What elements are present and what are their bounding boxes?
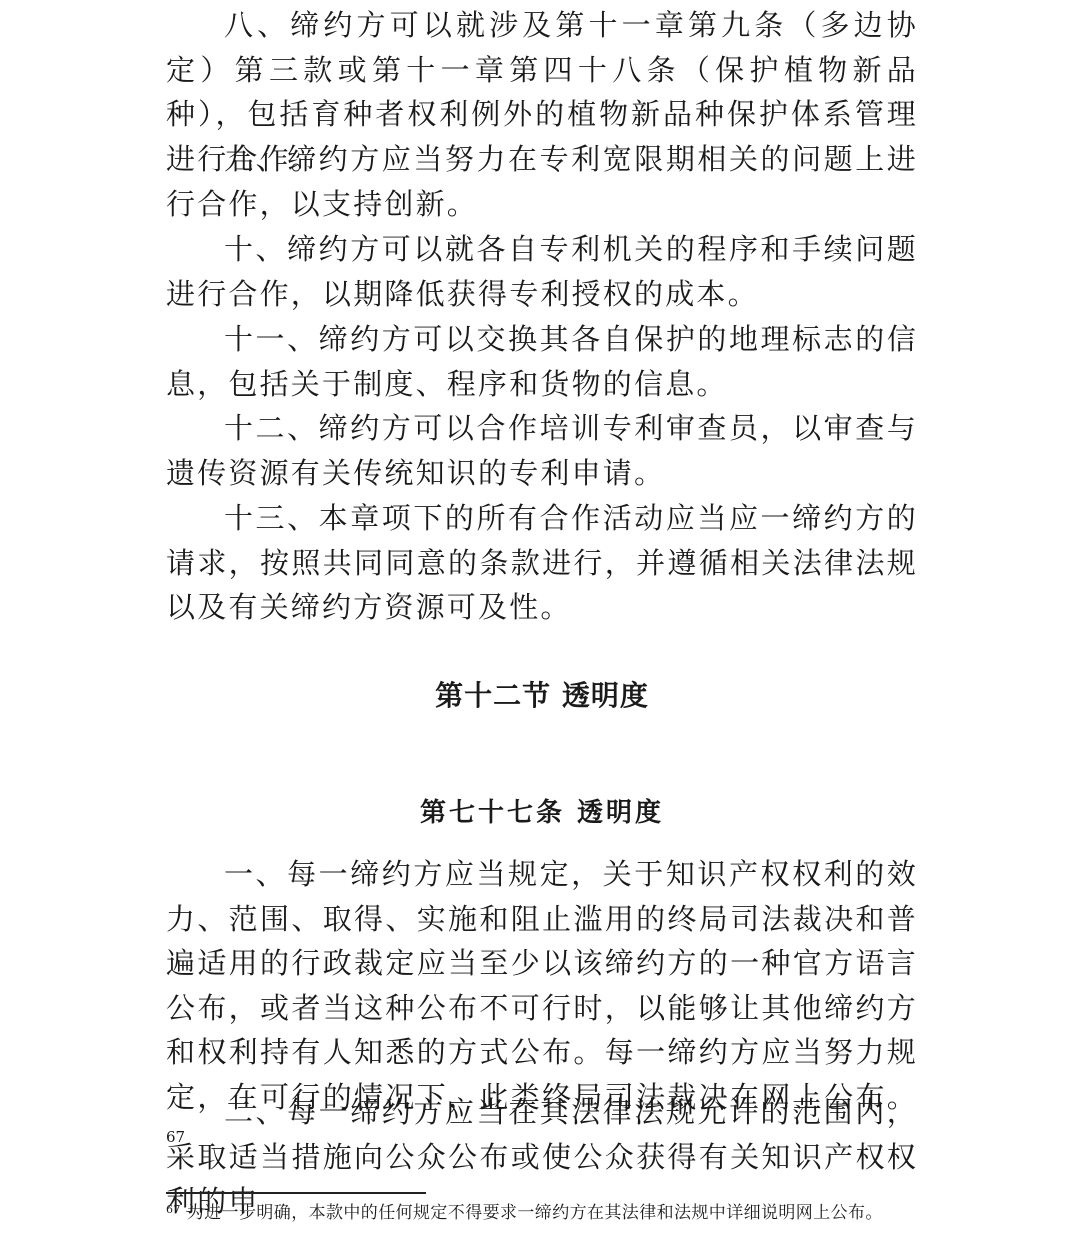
paragraph-12: 十二、缔约方可以合作培训专利审查员，以审查与遗传资源有关传统知识的专利申请。 [166, 406, 918, 495]
footnote-divider [166, 1192, 426, 1194]
paragraph-11: 十一、缔约方可以交换其各自保护的地理标志的信息，包括关于制度、程序和货物的信息。 [166, 317, 918, 406]
paragraph-9: 九、缔约方应当努力在专利宽限期相关的问题上进行合作，以支持创新。 [166, 137, 918, 226]
paragraph-10: 十、缔约方可以就各自专利机关的程序和手续问题进行合作，以期降低获得专利授权的成本… [166, 227, 918, 316]
footnote-number: 67 [166, 1203, 181, 1216]
footnote: 67为进一步明确，本款中的任何规定不得要求一缔约方在其法律和法规中详细说明网上公… [166, 1200, 918, 1226]
section-heading: 第十二节 透明度 [166, 674, 918, 714]
article-heading: 第七十七条 透明度 [166, 792, 918, 829]
footnote-text: 为进一步明确，本款中的任何规定不得要求一缔约方在其法律和法规中详细说明网上公布。 [187, 1203, 883, 1223]
article-paragraph-1-text: 一、每一缔约方应当规定，关于知识产权权利的效力、范围、取得、实施和阻止滥用的终局… [166, 857, 918, 1114]
paragraph-13: 十三、本章项下的所有合作活动应当应一缔约方的请求，按照共同同意的条款进行，并遵循… [166, 496, 918, 630]
